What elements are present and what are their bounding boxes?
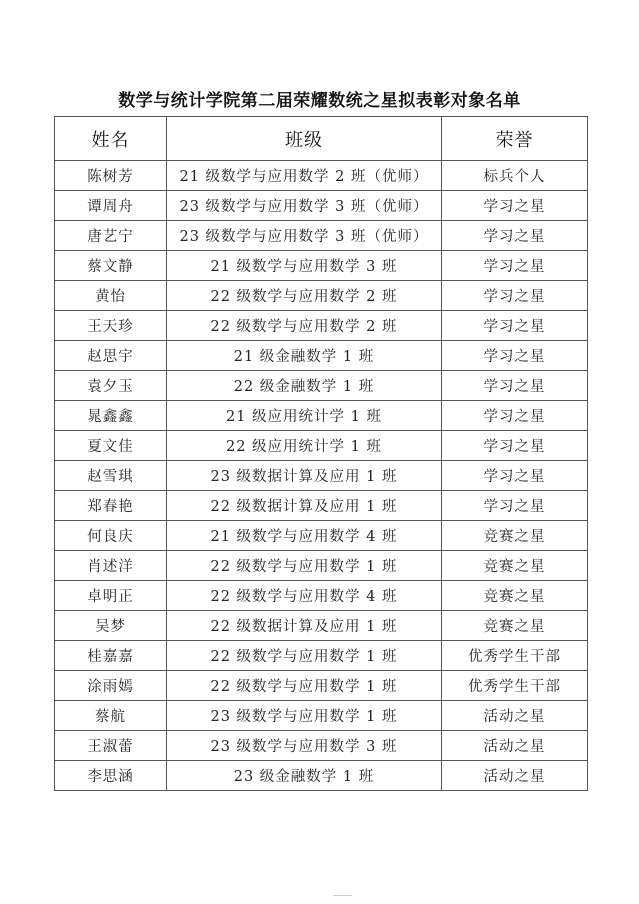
header-honor: 荣誉 (442, 117, 588, 161)
table-row: 郑春艳22 级数据计算及应用 1 班学习之星 (55, 491, 588, 521)
cell-name: 涂雨嫣 (55, 671, 167, 701)
table-row: 肖述洋22 级数学与应用数学 1 班竞赛之星 (55, 551, 588, 581)
cell-name: 何良庆 (55, 521, 167, 551)
table-row: 吴梦22 级数据计算及应用 1 班竞赛之星 (55, 611, 588, 641)
cell-class: 21 级数学与应用数学 3 班 (167, 251, 442, 281)
cell-honor: 活动之星 (442, 701, 588, 731)
table-row: 王淑蕾23 级数学与应用数学 3 班活动之星 (55, 731, 588, 761)
cell-honor: 学习之星 (442, 461, 588, 491)
header-class: 班级 (167, 117, 442, 161)
cell-name: 肖述洋 (55, 551, 167, 581)
cell-class: 23 级数学与应用数学 3 班 (167, 731, 442, 761)
table-row: 蔡文静21 级数学与应用数学 3 班学习之星 (55, 251, 588, 281)
cell-class: 23 级数据计算及应用 1 班 (167, 461, 442, 491)
cell-class: 22 级数据计算及应用 1 班 (167, 491, 442, 521)
cell-honor: 标兵个人 (442, 161, 588, 191)
cell-class: 22 级数学与应用数学 1 班 (167, 641, 442, 671)
cell-name: 赵思宇 (55, 341, 167, 371)
cell-honor: 学习之星 (442, 491, 588, 521)
cell-honor: 优秀学生干部 (442, 671, 588, 701)
cell-honor: 竞赛之星 (442, 581, 588, 611)
table-row: 晁鑫鑫21 级应用统计学 1 班学习之星 (55, 401, 588, 431)
cell-class: 22 级数据计算及应用 1 班 (167, 611, 442, 641)
cell-honor: 学习之星 (442, 251, 588, 281)
cell-honor: 活动之星 (442, 761, 588, 791)
table-row: 陈树芳21 级数学与应用数学 2 班（优师）标兵个人 (55, 161, 588, 191)
table-row: 袁夕玉22 级金融数学 1 班学习之星 (55, 371, 588, 401)
cell-name: 黄怡 (55, 281, 167, 311)
table-row: 唐艺宁23 级数学与应用数学 3 班（优师）学习之星 (55, 221, 588, 251)
cell-class: 23 级数学与应用数学 3 班（优师） (167, 191, 442, 221)
cell-name: 谭周舟 (55, 191, 167, 221)
cell-honor: 学习之星 (442, 401, 588, 431)
cell-class: 22 级数学与应用数学 1 班 (167, 551, 442, 581)
cell-honor: 学习之星 (442, 371, 588, 401)
cell-honor: 学习之星 (442, 431, 588, 461)
cell-class: 21 级应用统计学 1 班 (167, 401, 442, 431)
table-row: 黄怡22 级数学与应用数学 2 班学习之星 (55, 281, 588, 311)
cell-honor: 学习之星 (442, 311, 588, 341)
cell-name: 王淑蕾 (55, 731, 167, 761)
cell-name: 桂嘉嘉 (55, 641, 167, 671)
cell-class: 21 级数学与应用数学 2 班（优师） (167, 161, 442, 191)
table-row: 谭周舟23 级数学与应用数学 3 班（优师）学习之星 (55, 191, 588, 221)
table-row: 蔡航23 级数学与应用数学 1 班活动之星 (55, 701, 588, 731)
cell-name: 李思涵 (55, 761, 167, 791)
page-mark (333, 895, 352, 896)
table-row: 李思涵23 级金融数学 1 班活动之星 (55, 761, 588, 791)
table-row: 赵思宇21 级金融数学 1 班学习之星 (55, 341, 588, 371)
cell-honor: 学习之星 (442, 191, 588, 221)
table-row: 夏文佳22 级应用统计学 1 班学习之星 (55, 431, 588, 461)
table-row: 桂嘉嘉22 级数学与应用数学 1 班优秀学生干部 (55, 641, 588, 671)
table-row: 王天珍22 级数学与应用数学 2 班学习之星 (55, 311, 588, 341)
cell-name: 吴梦 (55, 611, 167, 641)
cell-name: 王天珍 (55, 311, 167, 341)
cell-name: 蔡航 (55, 701, 167, 731)
cell-honor: 优秀学生干部 (442, 641, 588, 671)
cell-name: 赵雪琪 (55, 461, 167, 491)
cell-class: 22 级数学与应用数学 4 班 (167, 581, 442, 611)
cell-class: 22 级金融数学 1 班 (167, 371, 442, 401)
cell-honor: 学习之星 (442, 341, 588, 371)
cell-honor: 活动之星 (442, 731, 588, 761)
cell-name: 袁夕玉 (55, 371, 167, 401)
document-title: 数学与统计学院第二届荣耀数统之星拟表彰对象名单 (0, 86, 639, 111)
cell-honor: 竞赛之星 (442, 611, 588, 641)
cell-class: 22 级应用统计学 1 班 (167, 431, 442, 461)
cell-name: 唐艺宁 (55, 221, 167, 251)
cell-class: 21 级金融数学 1 班 (167, 341, 442, 371)
cell-class: 21 级数学与应用数学 4 班 (167, 521, 442, 551)
cell-honor: 竞赛之星 (442, 521, 588, 551)
cell-honor: 学习之星 (442, 221, 588, 251)
table-row: 何良庆21 级数学与应用数学 4 班竞赛之星 (55, 521, 588, 551)
cell-class: 22 级数学与应用数学 1 班 (167, 671, 442, 701)
table-row: 卓明正22 级数学与应用数学 4 班竞赛之星 (55, 581, 588, 611)
table-body: 陈树芳21 级数学与应用数学 2 班（优师）标兵个人谭周舟23 级数学与应用数学… (55, 161, 588, 791)
cell-name: 卓明正 (55, 581, 167, 611)
cell-class: 23 级数学与应用数学 3 班（优师） (167, 221, 442, 251)
cell-honor: 学习之星 (442, 281, 588, 311)
cell-class: 23 级数学与应用数学 1 班 (167, 701, 442, 731)
table-header-row: 姓名 班级 荣誉 (55, 117, 588, 161)
table-row: 赵雪琪23 级数据计算及应用 1 班学习之星 (55, 461, 588, 491)
cell-name: 夏文佳 (55, 431, 167, 461)
table-row: 涂雨嫣22 级数学与应用数学 1 班优秀学生干部 (55, 671, 588, 701)
cell-class: 23 级金融数学 1 班 (167, 761, 442, 791)
cell-name: 晁鑫鑫 (55, 401, 167, 431)
cell-honor: 竞赛之星 (442, 551, 588, 581)
cell-class: 22 级数学与应用数学 2 班 (167, 281, 442, 311)
honoree-table: 姓名 班级 荣誉 陈树芳21 级数学与应用数学 2 班（优师）标兵个人谭周舟23… (54, 116, 588, 791)
cell-name: 郑春艳 (55, 491, 167, 521)
cell-name: 蔡文静 (55, 251, 167, 281)
cell-name: 陈树芳 (55, 161, 167, 191)
header-name: 姓名 (55, 117, 167, 161)
cell-class: 22 级数学与应用数学 2 班 (167, 311, 442, 341)
